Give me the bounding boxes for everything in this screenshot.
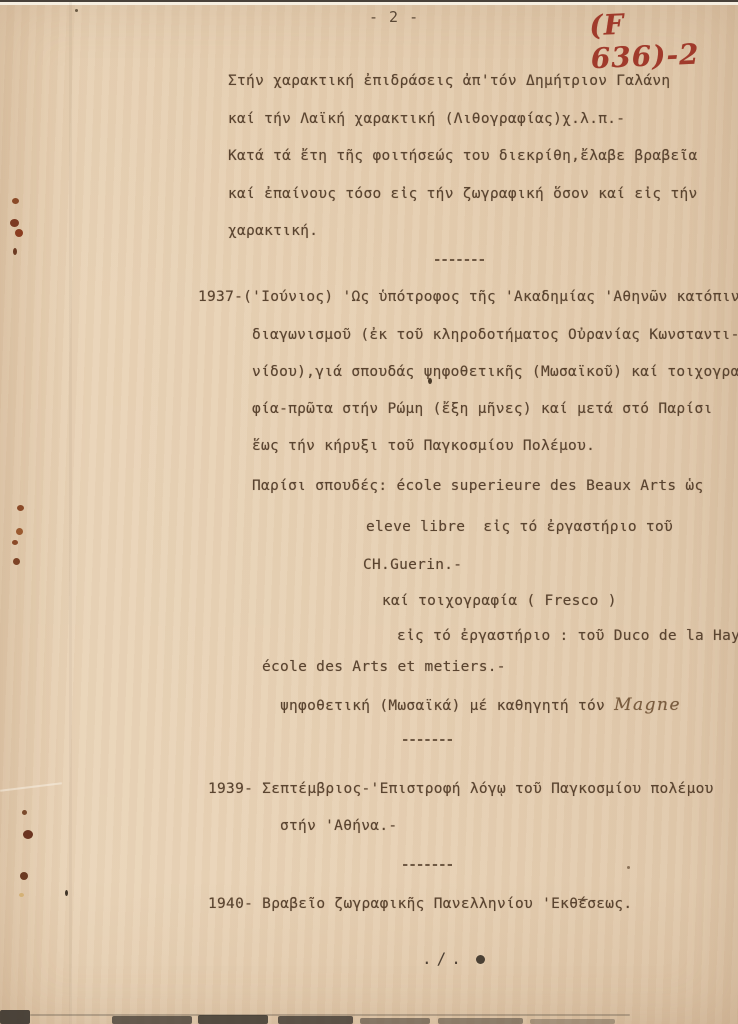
stain-spot xyxy=(16,528,23,535)
typed-line: école des Arts et metiers.- xyxy=(262,658,506,676)
stain-spot xyxy=(22,810,27,815)
typed-line-1937: 1937-('Ιούνιος) 'Ως ὑπότροφος τῆς 'Ακαδη… xyxy=(198,288,738,306)
stain-spot xyxy=(17,505,24,511)
handwritten-name: Magne xyxy=(614,695,681,715)
typed-line: καί τοιχογραφία ( Fresco ) xyxy=(382,592,617,610)
typed-line: Κατά τά ἔτη τῆς φοιτήσεώς του διεκρίθη,ἔ… xyxy=(228,147,698,165)
stain-spot xyxy=(12,540,18,545)
ink-speck xyxy=(428,378,432,384)
stain-spot xyxy=(23,830,33,839)
typed-line: eleve libre εἰς τό ἐργαστήριο τοῦ xyxy=(366,518,673,536)
typed-line: ἕως τήν κήρυξι τοῦ Παγκοσμίου Πολέμου. xyxy=(252,437,595,455)
typed-line: CH.Guerin.- xyxy=(363,556,462,574)
archival-annotation: (F 636)-2 xyxy=(589,3,738,75)
stain-spot xyxy=(20,872,28,880)
ink-speck xyxy=(65,890,68,896)
stain-spot xyxy=(12,198,19,204)
typed-line: φία-πρῶτα στήν Ρώμη (ἔξη μῆνες) καί μετά… xyxy=(252,400,713,418)
stain-spot xyxy=(19,893,24,897)
typed-line: καί ἐπαίνους τόσο εἰς τήν ζωγραφική ὅσον… xyxy=(228,185,698,203)
continuation-mark: ./. xyxy=(422,949,466,968)
section-separator: ------- xyxy=(401,857,453,873)
scan-top-edge xyxy=(0,0,738,6)
stain-spot xyxy=(13,248,17,255)
typed-line: νίδου),γιά σπουδάς ψηφοθετικῆς (Μωσαϊκοῦ… xyxy=(252,363,738,381)
ink-speck xyxy=(75,9,78,12)
typed-line-1939: 1939- Σεπτέμβριος-'Επιστροφή λόγῳ τοῦ Πα… xyxy=(208,780,714,798)
typed-line: Στήν χαρακτική ἐπιδράσεις ἀπ'τόν Δημήτρι… xyxy=(228,72,670,90)
typed-line: χαρακτική. xyxy=(228,222,318,240)
typed-line: διαγωνισμοῦ (ἐκ τοῦ κληροδοτήματος Οὐραν… xyxy=(252,326,738,344)
typed-line: στήν 'Αθήνα.- xyxy=(280,817,397,835)
document-page: - 2 - (F 636)-2 Στήν χαρακτική ἐπιδράσει… xyxy=(0,0,738,1024)
paper-fold xyxy=(69,0,72,1024)
page-number: - 2 - xyxy=(369,8,419,26)
stain-spot xyxy=(15,229,23,237)
typed-line: Παρίσι σπουδές: école superieure des Bea… xyxy=(252,477,704,495)
typed-text: ψηφοθετική (Μωσαϊκά) μέ καθηγητή τόν xyxy=(280,698,614,714)
section-separator: ------- xyxy=(401,732,453,748)
footer-dot xyxy=(476,955,485,964)
section-separator: ------- xyxy=(433,252,485,268)
typed-line: εἰς τό ἐργαστήριο : τοῦ Duco de la Haye. xyxy=(397,627,738,645)
stain-spot xyxy=(10,219,19,227)
typed-line: καί τήν Λαϊκή χαρακτική (Λιθογραφίας)χ.λ… xyxy=(228,110,625,128)
paper-crease xyxy=(0,782,62,792)
stain-spot xyxy=(13,558,20,565)
ink-speck xyxy=(627,866,630,869)
trailing-dash: – xyxy=(578,889,588,908)
typed-line-with-handwriting: ψηφοθετική (Μωσαϊκά) μέ καθηγητή τόν Mag… xyxy=(280,696,681,715)
typed-line-1940: 1940- Βραβεῖο ζωγραφικῆς Πανελληνίου 'Εκ… xyxy=(208,895,632,913)
